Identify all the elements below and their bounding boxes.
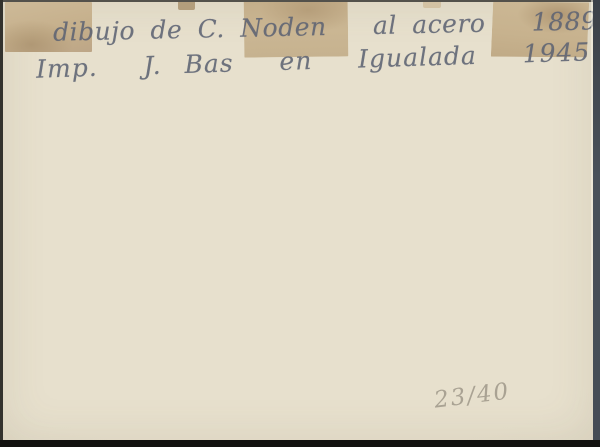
photo-edge-bottom bbox=[0, 440, 600, 447]
card-verso: dibujo de C. Noden al acero 1889 Paris I… bbox=[3, 2, 593, 440]
tape-remnant-top-faint bbox=[423, 2, 441, 8]
scanned-card-photo: dibujo de C. Noden al acero 1889 Paris I… bbox=[0, 0, 600, 447]
edition-number: 23/40 bbox=[433, 378, 512, 413]
photo-edge-top bbox=[0, 0, 600, 2]
photo-edge-left bbox=[0, 0, 3, 447]
tape-remnant-top-small bbox=[178, 2, 195, 10]
photo-edge-right bbox=[593, 0, 600, 447]
